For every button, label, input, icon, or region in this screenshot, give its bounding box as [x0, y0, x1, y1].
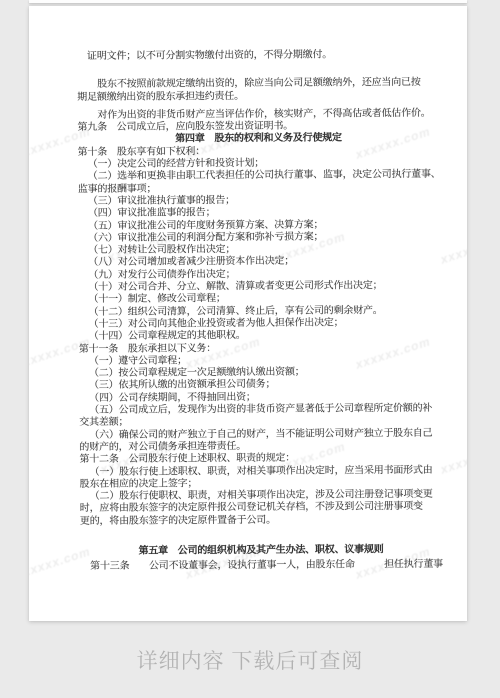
doc-line: 时，应将由股东签字的决定原件报公司登记机关存档，不涉及到公司注册事项变 [80, 501, 442, 516]
doc-line: 证明文件；以不可分割实物缴付出资的，不得分期缴付。 [77, 49, 439, 64]
doc-line: 更的，将由股东签字的决定原件置备于公司。 [80, 513, 442, 528]
doc-line: 第五章 公司的组织机构及其产生办法、职权、议事规则 [80, 544, 442, 559]
watermark-text: xxxxxx.com [439, 229, 467, 266]
document-content: 证明文件；以不可分割实物缴付出资的，不得分期缴付。股东不按照前款规定缴纳出资的，… [77, 49, 442, 574]
preview-footer: 详细内容 下载后可查阅 [0, 621, 500, 698]
doc-line: （六）确保公司的财产独立于自己的财产，当不能证明公司财产独立于股东自己 [79, 427, 441, 442]
doc-line: 期足额缴纳出资的股东承担违约责任。 [77, 89, 439, 104]
document-page: xxxxxx.comxxxxxx.comxxxxxx.comxxxxxx.com… [29, 6, 467, 621]
doc-line: 股东不按照前款规定缴纳出资的，除应当向公司足额缴纳外，还应当向已按 [77, 77, 439, 92]
preview-footer-note: 详细内容 下载后可查阅 [137, 645, 364, 675]
doc-line: （五）公司成立后，发现作为出资的非货币资产显著低于公司章程所定价额的补 [79, 403, 441, 418]
doc-line: 第十三条 公司不设董事会，设执行董事一人，由股东任命 担任执行董事 [80, 559, 442, 574]
doc-line: （一）股东行使上述职权、职责，对相关事项作出决定时，应当采用书面形式由 [80, 464, 442, 479]
preview-background: xxxxxx.comxxxxxx.comxxxxxx.comxxxxxx.com… [0, 0, 500, 698]
doc-line: （二）选举和更换非由职工代表担任的公司执行董事、监事，决定公司执行董事、 [78, 169, 440, 184]
previous-page-bottom-edge [29, 0, 467, 3]
watermark-text: xxxxxx.com [439, 439, 467, 476]
